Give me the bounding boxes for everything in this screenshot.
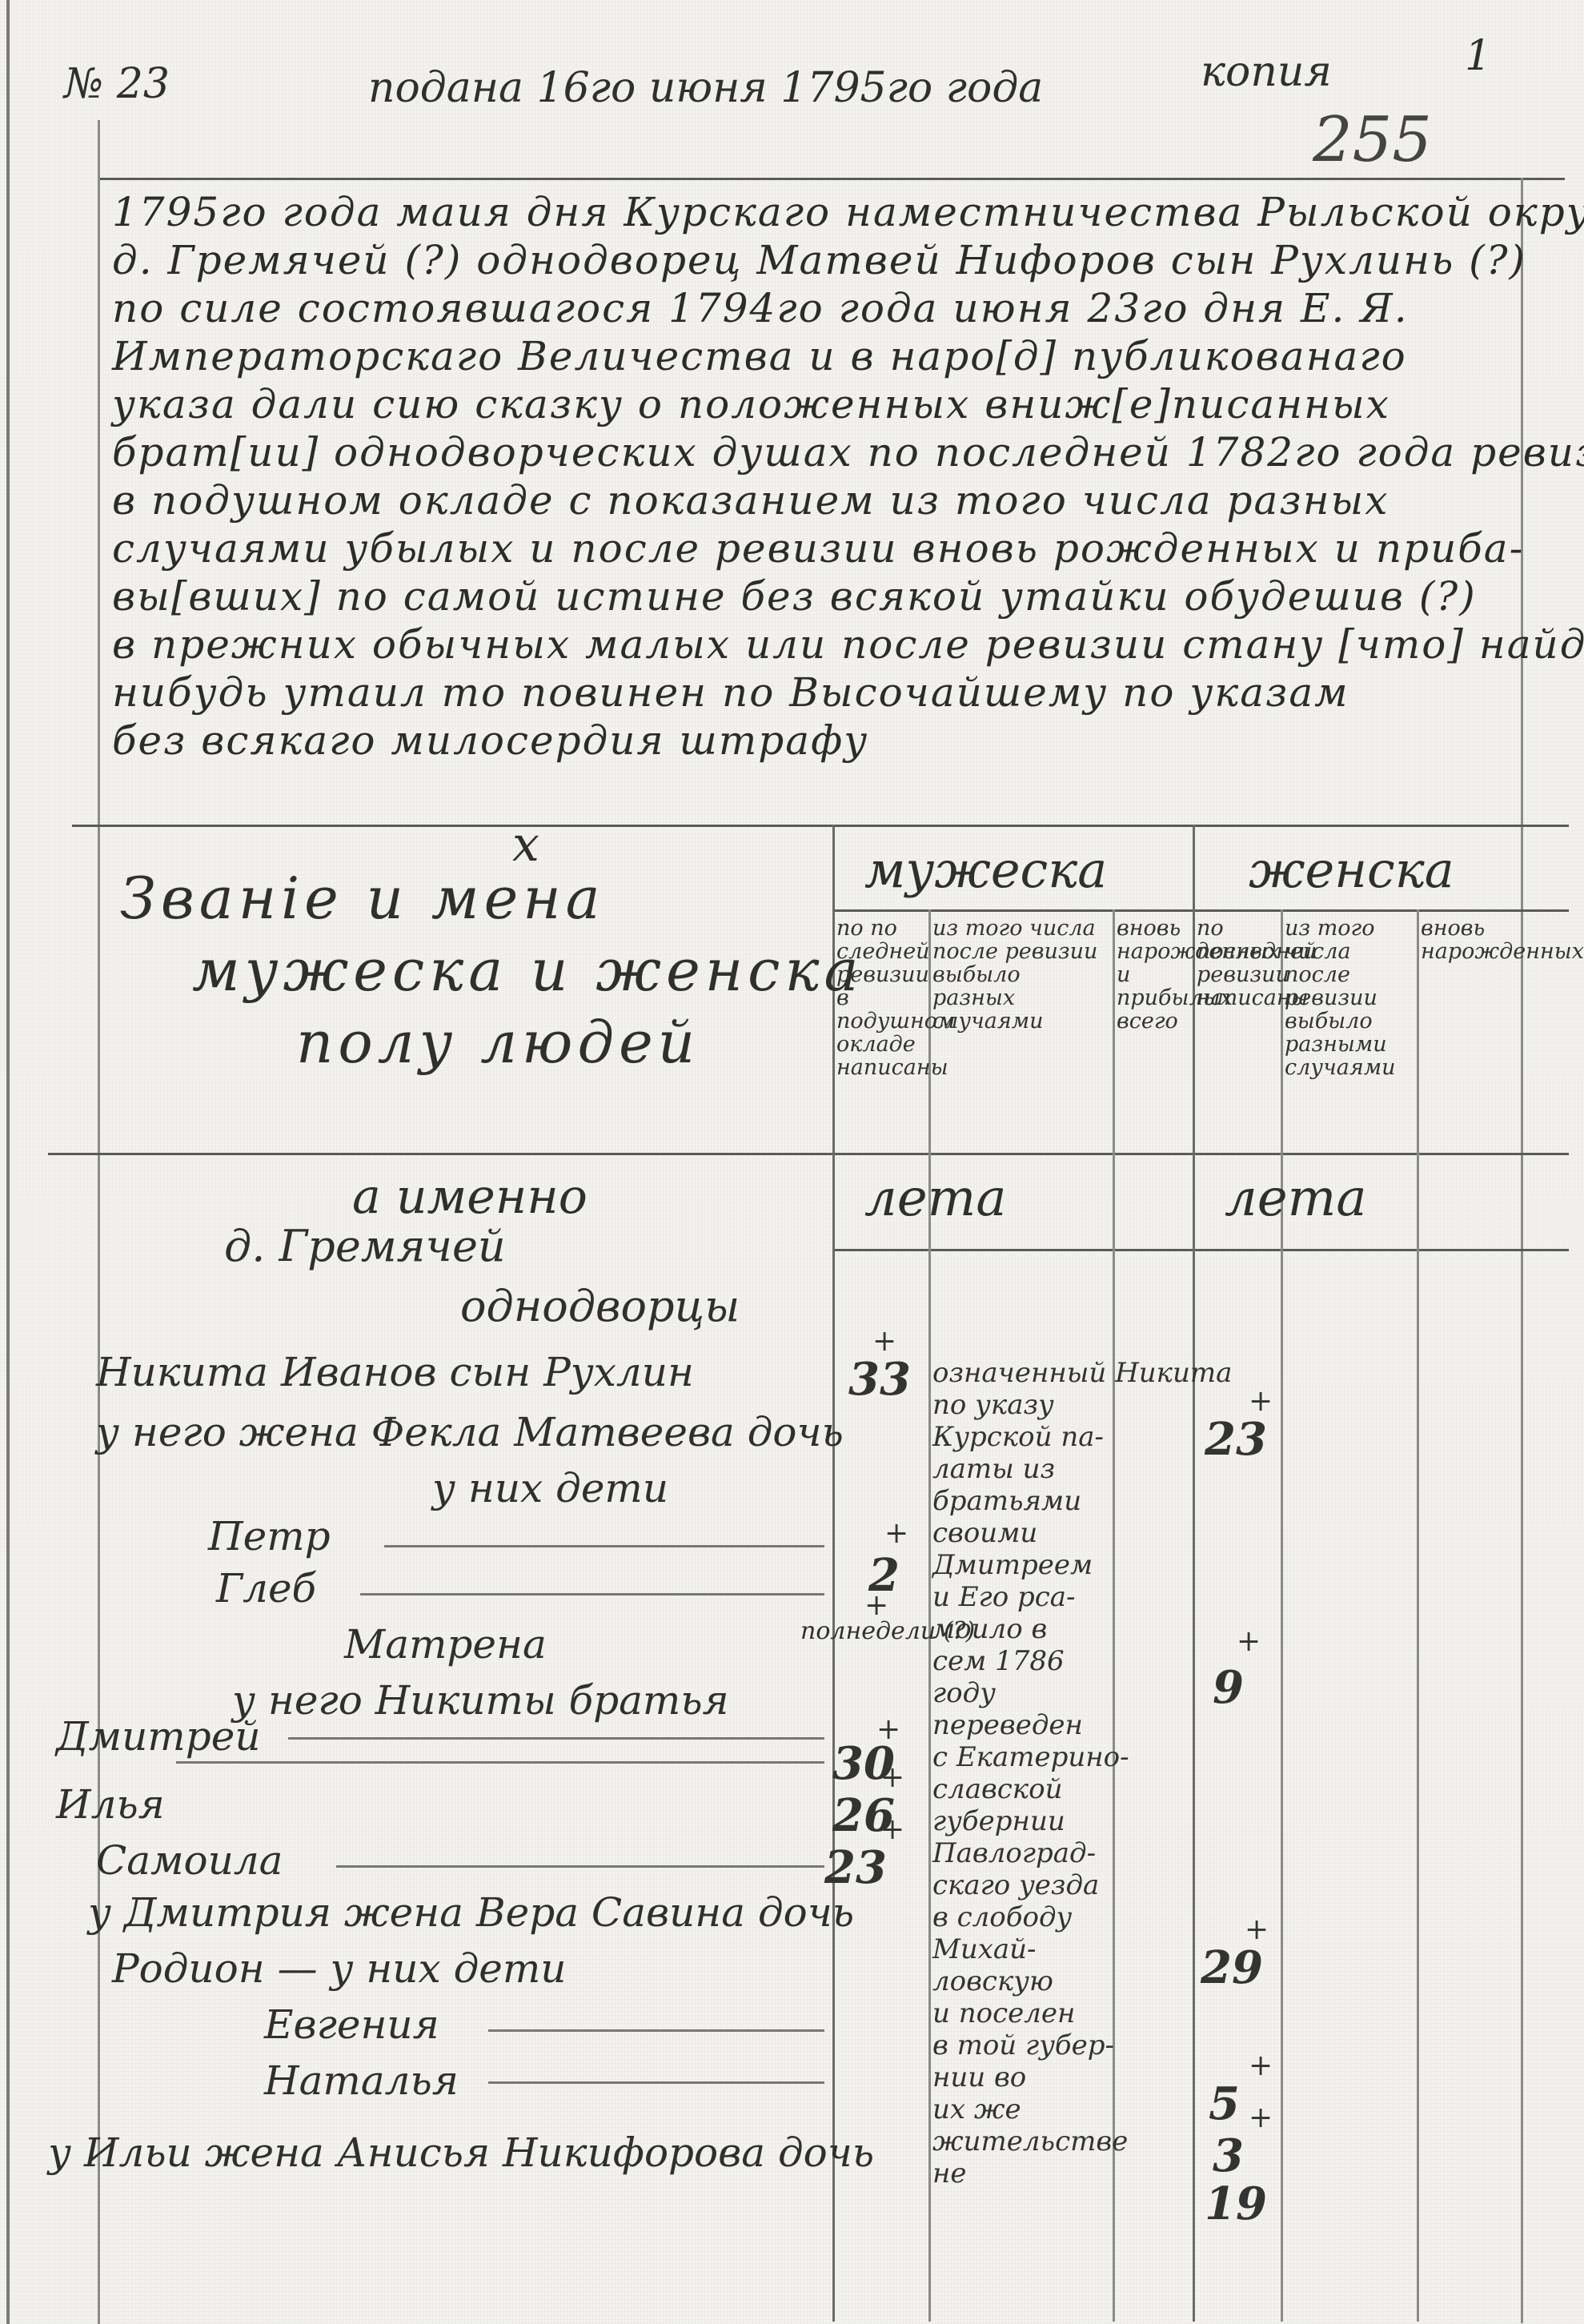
intro-line: 1795го года маия дня Курскаго наместниче… [112, 188, 1553, 236]
remark-line: славской [932, 1773, 1062, 1805]
remark-line: моило в [932, 1613, 1047, 1645]
fill-dash [176, 1761, 824, 1764]
male-subheader-departed: из того числа после ревизии выбыло разны… [932, 917, 1109, 1033]
submission-date: подана 16го июня 1795го года [368, 64, 1043, 112]
subheader-rule [832, 909, 1569, 912]
remark-line: не [932, 2157, 967, 2190]
col-divider [1281, 909, 1283, 2322]
top-rule [100, 178, 1565, 180]
header-bottom-rule [48, 1153, 1569, 1155]
person-name: у Ильи жена Анисья Никифорова дочь [48, 2129, 874, 2176]
female-subheader-previous: по последней ревизии написаны [1197, 917, 1278, 1009]
female-age: 19 [1205, 2177, 1267, 2230]
intro-line: вы[вших] по самой истине без всякой утай… [112, 572, 1553, 620]
remark-line: в той губер- [932, 2029, 1114, 2061]
person-name: у Дмитрия жена Вера Савина дочь [88, 1889, 854, 1936]
person-name: Глеб [216, 1565, 316, 1612]
person-name: Илья [56, 1781, 165, 1828]
intro-line: по силе состоявшагося 1794го года июня 2… [112, 284, 1553, 332]
name-column-header-line: Званіе и мена [120, 865, 605, 932]
male-subheader-newborn: вновь нарожденных и прибылых всего [1117, 917, 1190, 1033]
female-age: 9 [1213, 1661, 1244, 1714]
person-name: у него жена Фекла Матвеева дочь [96, 1409, 844, 1455]
person-name: Евгения [264, 2001, 439, 2048]
male-age: 33 [848, 1353, 911, 1406]
remark-line: Дмитреем [932, 1549, 1093, 1581]
female-subheader-newborn: вновь нарожденных [1421, 917, 1517, 963]
intro-line: нибудь утаил то повинен по Высочайшему п… [112, 668, 1553, 716]
remark-line: и поселен [932, 1997, 1075, 2029]
male-subheader-previous: по по следней ревизии в подушном окладе … [836, 917, 926, 1079]
years-row-rule [832, 1249, 1569, 1251]
years-label-female: лета [1225, 1169, 1366, 1228]
male-header: мужеска [864, 841, 1107, 899]
female-age: 29 [1201, 1941, 1263, 1994]
years-label-male: лета [864, 1169, 1006, 1228]
section-heading: а именно [352, 1169, 587, 1225]
remark-line: ловскую [932, 1965, 1053, 1997]
remark-line: в слободу [932, 1901, 1072, 1933]
female-age: 3 [1213, 2129, 1244, 2182]
class-heading: однодворцы [460, 1281, 740, 1331]
remark-line: их же [932, 2093, 1021, 2125]
document-number: № 23 [64, 60, 170, 108]
intro-line: Императорскаго Величества и в наро[д] пу… [112, 332, 1553, 380]
sheet-mark: 1 [1465, 32, 1491, 80]
col-divider [928, 909, 931, 2322]
female-subheader-departed: из того числа после ревизии выбыло разны… [1285, 917, 1413, 1079]
person-name: Родион — у них дети [112, 1945, 566, 1992]
remark-line: латы из [932, 1453, 1055, 1485]
remark-line: с Екатерино- [932, 1741, 1129, 1773]
intro-line: в подушном окладе с показанием из того ч… [112, 476, 1553, 524]
remark-line: и Его рса- [932, 1581, 1076, 1613]
female-age: 5 [1209, 2077, 1240, 2130]
page-binding-edge [6, 0, 10, 2324]
remark-line: скаго уезда [932, 1869, 1099, 1901]
copy-label: копия [1201, 48, 1332, 96]
person-name: Никита Иванов сын Рухлин [96, 1349, 694, 1395]
person-name: Матрена [344, 1621, 547, 1668]
intro-line: в прежних обычных малых или после ревизи… [112, 620, 1553, 668]
remark-line: нии во [932, 2061, 1026, 2093]
person-name: Дмитрей [56, 1713, 261, 1760]
name-column-header-line: мужеска и женска [192, 937, 863, 1004]
male-age: 23 [824, 1841, 887, 1894]
intro-line: брат[ии] однодворческих душах по последн… [112, 428, 1553, 476]
fill-dash [384, 1545, 824, 1547]
fill-dash [488, 2081, 824, 2084]
intro-line: д. Гремячей (?) однодворец Матвей Нифоро… [112, 236, 1553, 284]
remark-line: означенный Никита [932, 1357, 1232, 1389]
remark-line: жительстве [932, 2125, 1128, 2157]
col-divider-male [832, 825, 835, 2322]
remark-line: году [932, 1677, 996, 1709]
intro-paragraph: 1795го года маия дня Курскаго наместниче… [112, 188, 1553, 765]
col-divider-female [1193, 825, 1195, 2322]
check-mark: + [1237, 1625, 1261, 1658]
col-divider [1417, 909, 1419, 2322]
fill-dash [488, 2029, 824, 2032]
subheading: у него Никиты братья [232, 1677, 729, 1724]
intro-line: случаями убылых и после ревизии вновь ро… [112, 524, 1553, 572]
remark-line: Павлоград- [932, 1837, 1096, 1869]
person-name: Наталья [264, 2057, 459, 2104]
intro-line: указа дали сию сказку о положенных вниж[… [112, 380, 1553, 428]
person-name: Самоила [96, 1837, 283, 1884]
fill-dash [336, 1865, 824, 1868]
remark-line: братьями [932, 1485, 1081, 1517]
person-name: Петр [208, 1513, 331, 1559]
check-mark: + [1249, 2049, 1273, 2082]
place-heading: д. Гремячей [224, 1221, 506, 1271]
check-mark: + [884, 1517, 908, 1550]
remark-line: Михай- [932, 1933, 1037, 1965]
fill-dash [288, 1737, 824, 1740]
fill-dash [360, 1593, 824, 1595]
page-number: 255 [1313, 104, 1432, 176]
col-divider [1113, 909, 1115, 2322]
female-header: женска [1249, 841, 1454, 899]
subheading: у них дети [432, 1465, 668, 1511]
remark-line: сем 1786 [932, 1645, 1065, 1677]
remark-line: переведен [932, 1709, 1083, 1741]
intro-line: без всякаго милосердия штрафу [112, 716, 1553, 765]
name-column-header-line: полу людей [296, 1009, 700, 1076]
left-margin-line [98, 120, 100, 2324]
remark-line: по указу [932, 1389, 1054, 1421]
remark-line: губернии [932, 1805, 1065, 1837]
remark-line: Курской па- [932, 1421, 1104, 1453]
table-top-rule [72, 825, 1569, 827]
remark-line: своими [932, 1517, 1037, 1549]
female-age: 23 [1205, 1413, 1267, 1466]
check-mark: + [1249, 2101, 1273, 2134]
